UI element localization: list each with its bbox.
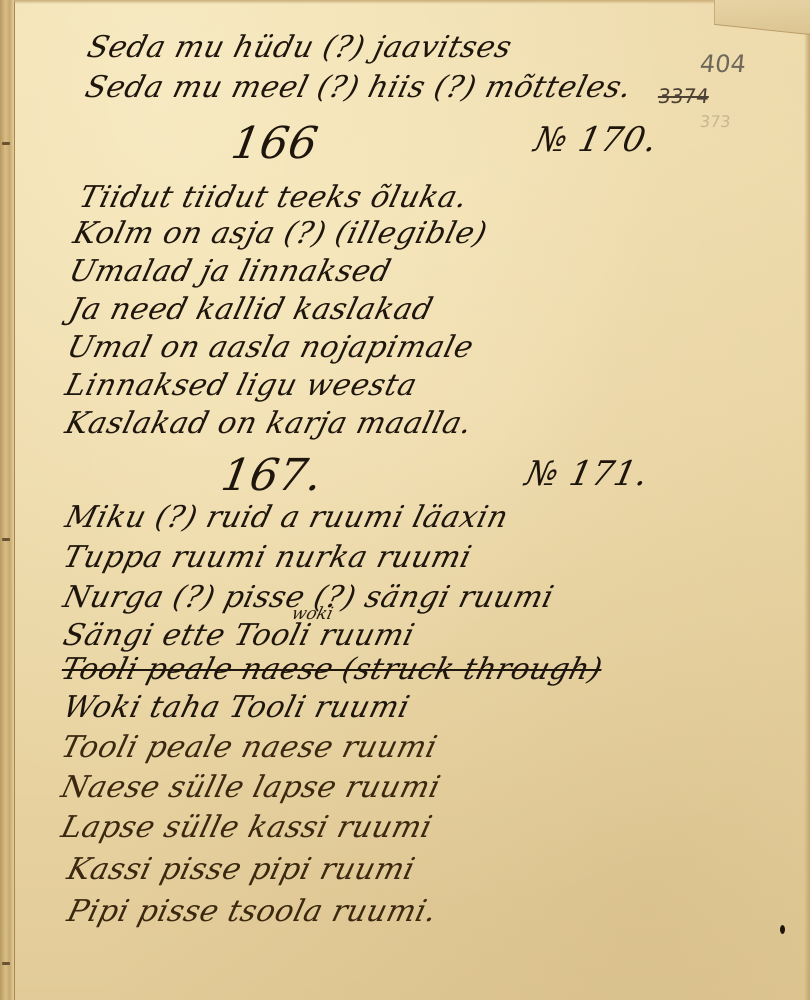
- binding-stitch: [2, 142, 10, 145]
- verse-line: Umalad ja linnaksed: [66, 254, 395, 289]
- archive-number: № 171.: [522, 454, 652, 494]
- page-right-edge: [804, 0, 810, 1000]
- page-corner-fold: [714, 0, 810, 35]
- ink-spot: [780, 925, 785, 934]
- verse-line: Lapse sülle kassi ruumi: [58, 810, 436, 845]
- verse-line: Kassi pisse pipi ruumi: [64, 852, 419, 887]
- manuscript-page: 404 3374 373 Seda mu hüdu (?) jaavitses …: [0, 0, 810, 1000]
- verse-line: Tiidut tiidut teeks õluka.: [76, 180, 472, 215]
- archive-old-page-number: 3374: [657, 84, 710, 108]
- page-top-edge: [14, 0, 810, 4]
- verse-line: Ja need kallid kaslakad: [66, 292, 437, 327]
- verse-line: Kolm on asja (?) (illegible): [70, 216, 491, 251]
- archive-faint-stamp: 373: [699, 112, 732, 131]
- binding-stitch: [2, 962, 10, 965]
- verse-line: Umal on aasla nojapimale: [64, 330, 478, 365]
- intro-line: Seda mu hüdu (?) jaavitses: [84, 30, 516, 65]
- verse-line: Kaslakad on karja maalla.: [62, 406, 476, 441]
- verse-line: Pipi pisse tsoola ruumi.: [64, 894, 441, 929]
- intro-line: Seda mu meel (?) hiis (?) mõtteles.: [82, 70, 636, 105]
- verse-line: Tuppa ruumi nurka ruumi: [60, 540, 476, 575]
- verse-line: Linnaksed ligu weesta: [62, 368, 421, 403]
- page-binding: [0, 0, 15, 1000]
- verse-line: Sängi ette Tooli ruumi: [60, 618, 419, 653]
- verse-line: Tooli peale naese ruumi: [58, 730, 441, 765]
- song-number: 166: [228, 118, 322, 169]
- struck-verse-line: Tooli peale naese (struck through): [58, 652, 606, 687]
- verse-line: Naese sülle lapse ruumi: [58, 770, 444, 805]
- archive-page-number: 404: [699, 50, 748, 78]
- archive-number: № 170.: [531, 120, 661, 160]
- binding-stitch: [2, 538, 10, 541]
- verse-line: Woki taha Tooli ruumi: [60, 690, 414, 725]
- verse-line: Miku (?) ruid a ruumi läaxin: [62, 500, 512, 535]
- song-number: 167.: [218, 450, 327, 501]
